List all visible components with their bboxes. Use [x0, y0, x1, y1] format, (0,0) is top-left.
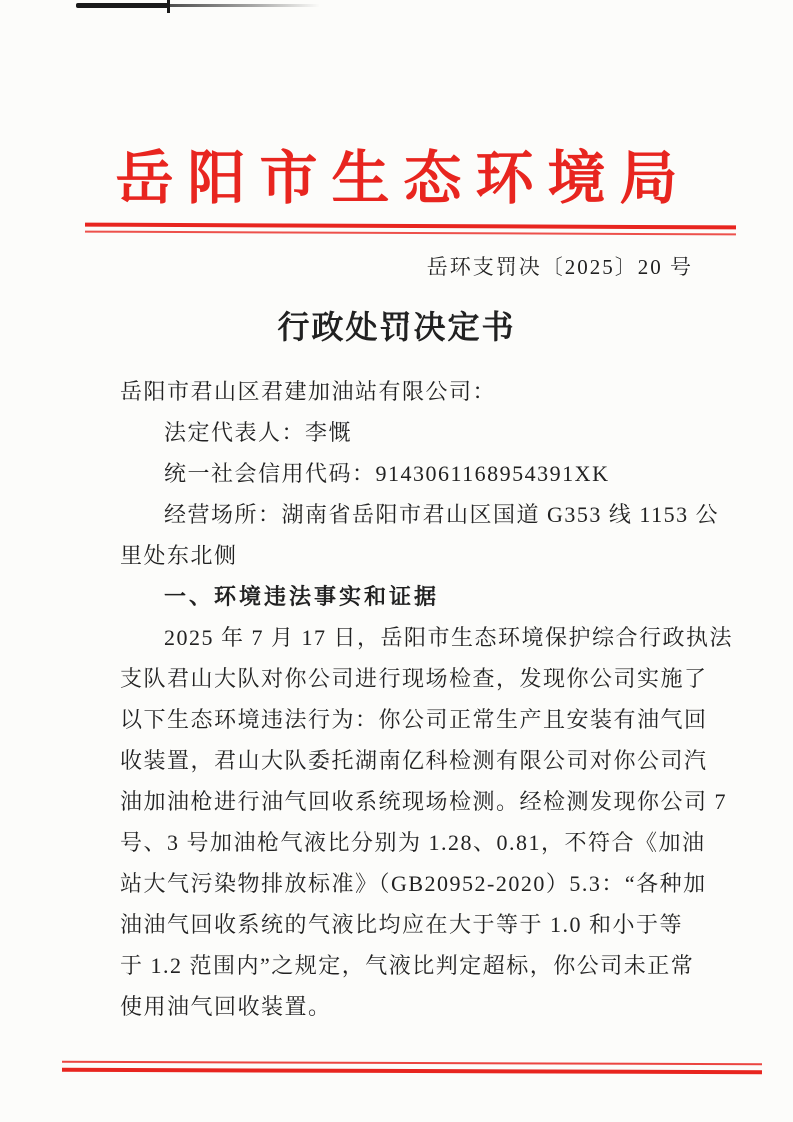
document-title: 行政处罚决定书: [0, 302, 793, 348]
body-line: 于 1.2 范围内”之规定，气液比判定超标，你公司未正常: [120, 945, 706, 986]
body-line: 油油气回收系统的气液比均应在大于等于 1.0 和小于等: [120, 904, 706, 945]
body-line: 号、3 号加油枪气液比分别为 1.28、0.81，不符合《加油: [120, 822, 706, 863]
body-line: 统一社会信用代码：9143061168954391XK: [120, 453, 706, 494]
red-separator-bottom-thin-line: [62, 1061, 762, 1065]
body-line: 油加油枪进行油气回收系统现场检测。经检测发现你公司 7: [120, 781, 706, 822]
red-separator-top: [85, 223, 736, 236]
body-line: 使用油气回收装置。: [120, 986, 706, 1027]
body-line: 岳阳市君山区君建加油站有限公司：: [120, 371, 706, 412]
document-number: 岳环支罚决〔2025〕20 号: [427, 251, 693, 281]
body-line: 2025 年 7 月 17 日，岳阳市生态环境保护综合行政执法: [120, 617, 706, 658]
body-line: 站大气污染物排放标准》（GB20952-2020）5.3：“各种加: [120, 863, 706, 904]
agency-letterhead: 岳阳市生态环境局: [0, 143, 793, 215]
body-line: 以下生态环境违法行为：你公司正常生产且安装有油气回: [120, 699, 706, 740]
body-line: 经营场所：湖南省岳阳市君山区国道 G353 线 1153 公: [120, 494, 706, 535]
document-body: 岳阳市君山区君建加油站有限公司：法定代表人：李慨统一社会信用代码：9143061…: [120, 371, 706, 1027]
scanned-document-page: 岳阳市生态环境局 岳环支罚决〔2025〕20 号 行政处罚决定书 岳阳市君山区君…: [0, 0, 793, 1122]
red-separator-bottom: [62, 1061, 762, 1074]
red-separator-top-thin-line: [85, 231, 736, 236]
body-line: 法定代表人：李慨: [120, 412, 706, 453]
red-separator-top-thick-line: [85, 223, 736, 230]
red-separator-bottom-thick-line: [62, 1068, 762, 1074]
scan-artifact-line: [76, 3, 170, 8]
body-line: 收装置，君山大队委托湖南亿科检测有限公司对你公司汽: [120, 740, 706, 781]
body-line: 支队君山大队对你公司进行现场检查，发现你公司实施了: [120, 658, 706, 699]
scan-artifact-faint-line: [170, 4, 320, 7]
section-heading: 一、环境违法事实和证据: [120, 576, 706, 617]
body-line: 里处东北侧: [120, 535, 706, 576]
